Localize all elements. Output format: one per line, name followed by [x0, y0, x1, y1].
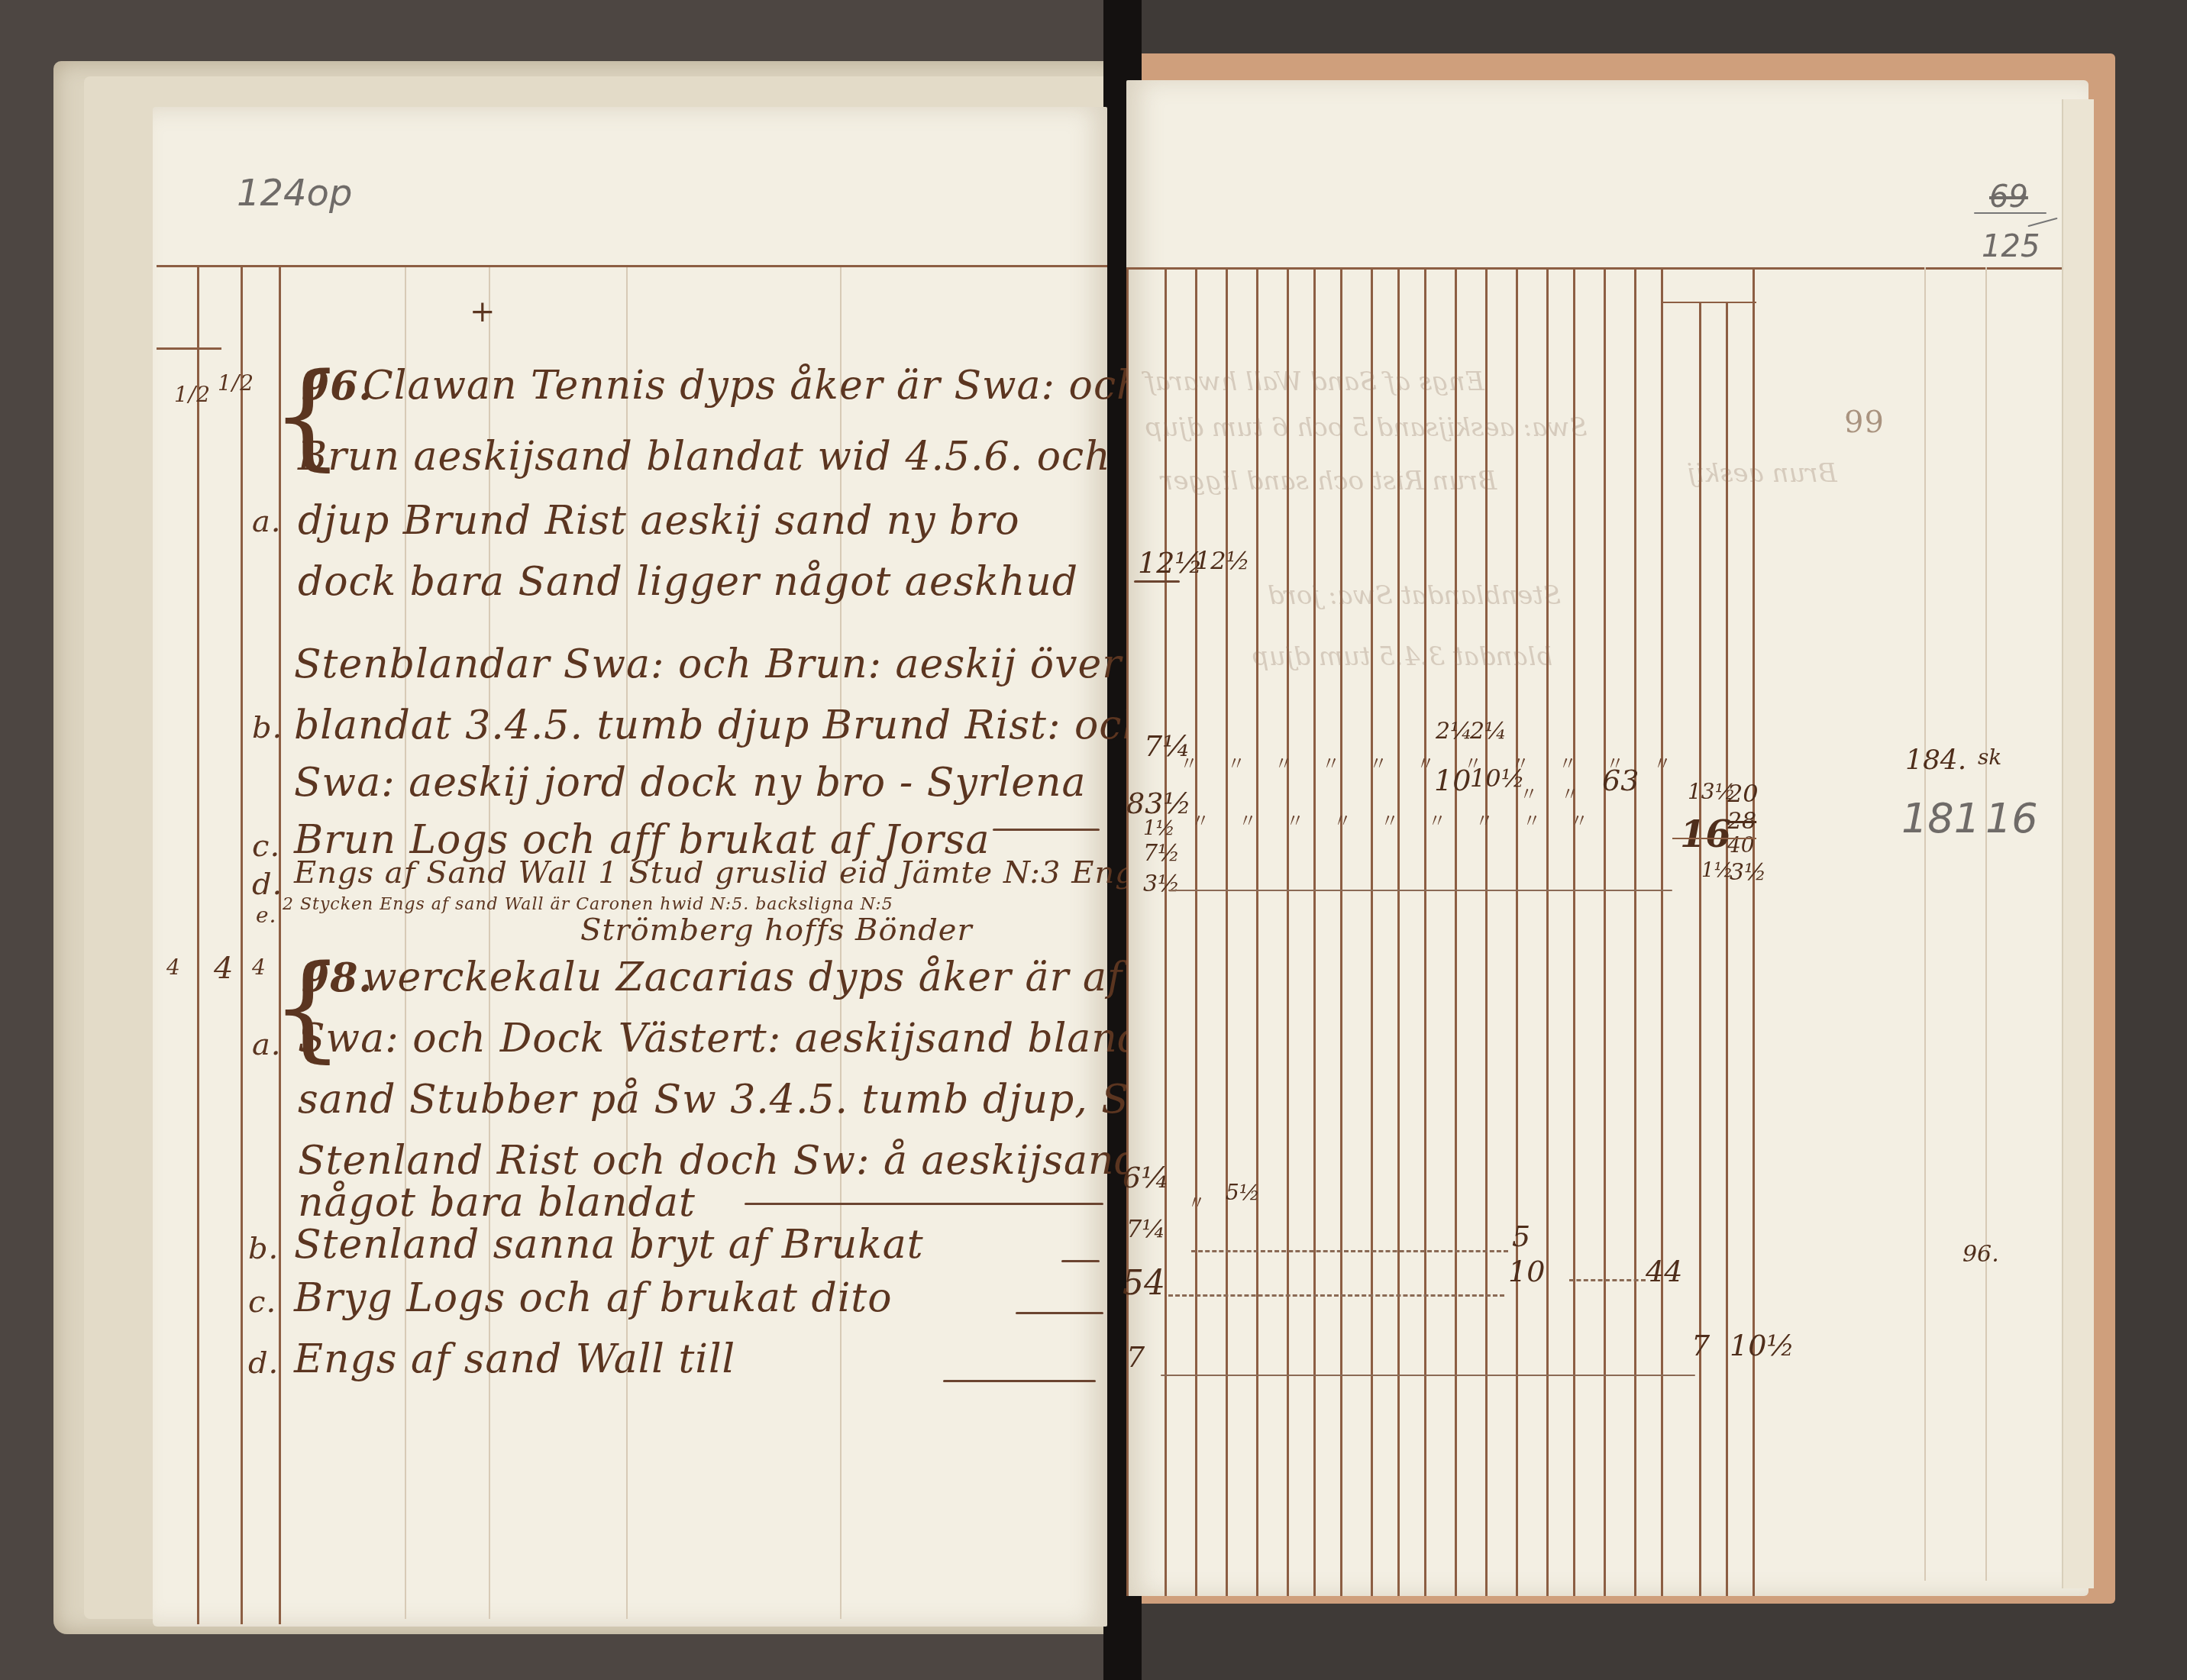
value-cell: 2¼	[1470, 718, 1507, 745]
right-page-edge	[2062, 99, 2094, 1588]
entry-line: sand Stubber på Sw 3.4.5. tumb djup, Syr	[298, 1077, 1172, 1123]
value-cell: 3½	[1143, 871, 1180, 897]
pencil-total: 16	[1985, 794, 2038, 842]
right-column-rule	[1661, 267, 1663, 1596]
value-underline	[1134, 580, 1180, 583]
margin-fraction: 4	[252, 955, 267, 980]
value-cell: 16	[1680, 813, 1731, 856]
right-column-rule	[1634, 267, 1636, 1596]
value-cell: 6¼	[1123, 1161, 1169, 1194]
value-cell: 10	[1508, 1255, 1545, 1288]
margin-fraction: 4	[166, 955, 181, 980]
entry-line: Stenland Rist och doch Sw: å aeskijsand …	[298, 1138, 1258, 1184]
value-cell: 5½	[1226, 1180, 1260, 1205]
sub-label: b.	[248, 1231, 279, 1266]
value-cell: 10½	[1470, 764, 1525, 793]
old-folio-number: 69	[1989, 179, 2028, 215]
bleed-through-text: Brun aeskij	[1688, 458, 1837, 489]
entry-line: något bara blandat	[298, 1180, 696, 1226]
total-suffix: sk	[1978, 745, 2001, 770]
value-cell: 63	[1602, 764, 1639, 797]
bleed-through-text: Stenblandat Swa: jord	[1268, 580, 1561, 611]
pencil-underline	[1974, 212, 2046, 214]
value-cell: 7¼	[1126, 1214, 1165, 1243]
right-column-rule	[1546, 267, 1549, 1596]
entry-line: Brun aeskijsand blandat wid 4.5.6. och 7…	[298, 434, 1258, 480]
entry-line: dock bara Sand ligger något aeskhud	[298, 559, 1078, 605]
sub-label: a.	[252, 1027, 282, 1062]
row-line	[1168, 890, 1672, 891]
value-cell: 7½	[1143, 840, 1180, 867]
flourish-line	[943, 1380, 1096, 1382]
cross-mark: +	[470, 294, 496, 329]
margin-fraction: 1/2	[174, 382, 211, 407]
right-top-rule	[1126, 267, 2062, 270]
ditto-marks: 〃〃〃〃〃〃〃〃〃	[1191, 806, 1617, 832]
value-cell: 10½	[1730, 1329, 1795, 1362]
entry-line: Engs af Sand Wall 1 Stud gruslid eid Jäm…	[294, 855, 1152, 890]
entry-line: 2 Stycken Engs af sand Wall är Caronen h…	[283, 895, 893, 914]
sub-label: e.	[256, 903, 276, 928]
sub-label: d.	[252, 867, 283, 902]
margin-fraction: 4	[214, 951, 234, 986]
value-cell: 10	[1434, 764, 1471, 797]
sub-label: d.	[248, 1346, 279, 1381]
right-column-rule	[1699, 302, 1701, 1596]
right-faint-rule	[1985, 267, 1987, 1581]
value-cell: 7	[1691, 1329, 1710, 1362]
entry-line: Bryg Logs och af brukat dito	[294, 1275, 893, 1321]
value-cell: 2¼	[1436, 718, 1472, 745]
value-cell: 28	[1727, 808, 1756, 835]
value-cell: 12½	[1195, 546, 1250, 575]
right-column-rule	[1126, 267, 1129, 1596]
row-line	[1161, 1375, 1695, 1376]
left-top-rule	[157, 265, 1107, 267]
entry-line: Stenland sanna bryt af Brukat	[294, 1222, 924, 1268]
right-column-rule	[1573, 267, 1575, 1596]
bleed-through-text: Brun Rist och sand ligger	[1161, 466, 1497, 496]
sub-label: b.	[252, 710, 283, 745]
entry-line: djup Brund Rist aeskij sand ny bro	[298, 498, 1020, 544]
entry-line: blandat 3.4.5. tumb djup Brund Rist: och	[294, 703, 1148, 748]
flourish-line	[1016, 1312, 1103, 1314]
value-cell: 5	[1512, 1220, 1530, 1253]
bleed-through-text: Swa: aeskijsand 5 och 6 tum djup	[1145, 412, 1588, 443]
right-column-rule	[1726, 302, 1728, 1596]
value-cell: 3½	[1730, 859, 1766, 886]
total-value: 96.	[1962, 1241, 1999, 1268]
dashed-leader	[1168, 1294, 1504, 1297]
value-cell: 83½	[1126, 787, 1191, 820]
flourish-line	[993, 829, 1100, 831]
total-value: 184.	[1905, 745, 1966, 776]
entry-line: Engs af sand Wall till	[294, 1336, 735, 1382]
pencil-total: 181	[1901, 794, 1980, 842]
dashed-leader	[1569, 1279, 1646, 1281]
right-small-rule	[1661, 302, 1756, 303]
right-faint-rule	[1924, 267, 1926, 1581]
value-cell: 7	[1126, 1340, 1145, 1374]
bleed-through-text: Engs af Sand Wall hwaraf	[1145, 367, 1484, 397]
left-margin-rule-1	[197, 265, 199, 1624]
entry-heading: werckekalu Zacarias dyps åker är af Swin	[363, 955, 1239, 1000]
value-cell: 12½	[1138, 546, 1203, 580]
new-folio-number: 125	[1982, 229, 2040, 264]
margin-fraction: 1/2	[218, 370, 254, 396]
left-margin-rule-2	[241, 265, 243, 1624]
bleed-through-text: blandat 3.4.5 tum djup	[1252, 641, 1552, 672]
left-margin-short-rule	[157, 347, 221, 350]
right-column-rule	[1516, 267, 1518, 1596]
dashed-leader	[1191, 1250, 1508, 1252]
entry-heading: Clawan Tennis dyps åker är Swa: och	[363, 363, 1143, 409]
right-column-rule	[1604, 267, 1606, 1596]
value-cell: 44	[1646, 1255, 1682, 1288]
entry-line: Strömberg hoffs Bönder	[580, 913, 973, 948]
sub-label: a.	[252, 504, 282, 539]
sub-label: c.	[248, 1284, 276, 1320]
entry-line: Swa: aeskij jord dock ny bro - Syrlena	[294, 760, 1087, 806]
value-cell: 40	[1727, 832, 1755, 858]
value-cell: 20	[1727, 779, 1759, 808]
sub-label: c.	[252, 829, 280, 864]
bleed-through-number: 99	[1844, 405, 1885, 440]
flourish-line	[1061, 1260, 1100, 1262]
flourish-line	[745, 1203, 1103, 1205]
value-cell: 54	[1123, 1264, 1165, 1303]
value-cell: 1½	[1701, 859, 1733, 882]
value-cell: 1½	[1143, 817, 1175, 840]
left-pencil-folio: 124op	[237, 172, 352, 215]
sum-rule	[1672, 838, 1756, 839]
ditto-marks: 〃〃	[1520, 779, 1602, 806]
